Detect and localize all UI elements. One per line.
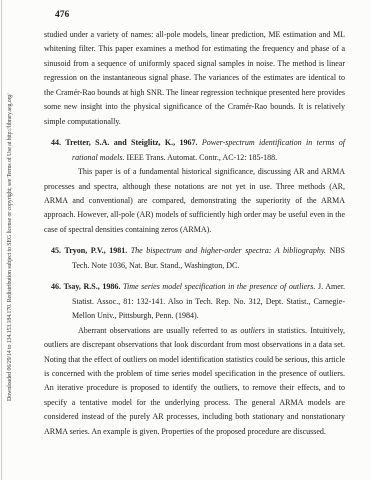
reference-entry-46: 46. Tsay, R.S., 1986. Time series model … bbox=[44, 280, 345, 439]
reference-authors: Tryon, P.V., 1981. bbox=[65, 246, 128, 255]
reference-annotation: Aberrant observations are usually referr… bbox=[44, 324, 345, 440]
page-number: 476 bbox=[55, 10, 69, 20]
reference-source: IEEE Trans. Automat. Contr., AC-12: 185-… bbox=[126, 153, 277, 162]
annotation-text-pre: Aberrant observations are usually referr… bbox=[78, 326, 237, 335]
reference-citation: 45. Tryon, P.V., 1981. The bispectrum an… bbox=[44, 244, 345, 273]
scan-edge-line bbox=[1, 0, 2, 480]
download-copyright-note: Downloaded 06/29/14 to 134.153.184.170. … bbox=[7, 55, 13, 401]
document-page: Downloaded 06/29/14 to 134.153.184.170. … bbox=[0, 0, 370, 480]
reference-entry-44: 44. Tretter, S.A. and Steiglitz, K., 196… bbox=[44, 136, 345, 237]
reference-citation: 44. Tretter, S.A. and Steiglitz, K., 196… bbox=[44, 136, 345, 165]
reference-title: Time series model specification in the p… bbox=[123, 282, 315, 291]
annotation-text-post: in statistics. Intuitively, outliers are… bbox=[44, 326, 345, 436]
intro-paragraph: studied under a variety of names: all-po… bbox=[44, 28, 345, 129]
text-column: studied under a variety of names: all-po… bbox=[44, 28, 345, 439]
annotation-italic-term: outliers bbox=[240, 326, 264, 335]
reference-number: 44. bbox=[51, 138, 61, 147]
reference-title: The bispectrum and higher-order spectra:… bbox=[131, 246, 326, 255]
reference-number: 45. bbox=[51, 246, 61, 255]
reference-entry-45: 45. Tryon, P.V., 1981. The bispectrum an… bbox=[44, 244, 345, 273]
reference-citation: 46. Tsay, R.S., 1986. Time series model … bbox=[44, 280, 345, 323]
reference-authors: Tretter, S.A. and Steiglitz, K., 1967. bbox=[65, 138, 197, 147]
reference-annotation: This paper is of a fundamental historica… bbox=[44, 165, 345, 237]
reference-authors: Tsay, R.S., 1986. bbox=[64, 282, 121, 291]
reference-number: 46. bbox=[51, 282, 61, 291]
